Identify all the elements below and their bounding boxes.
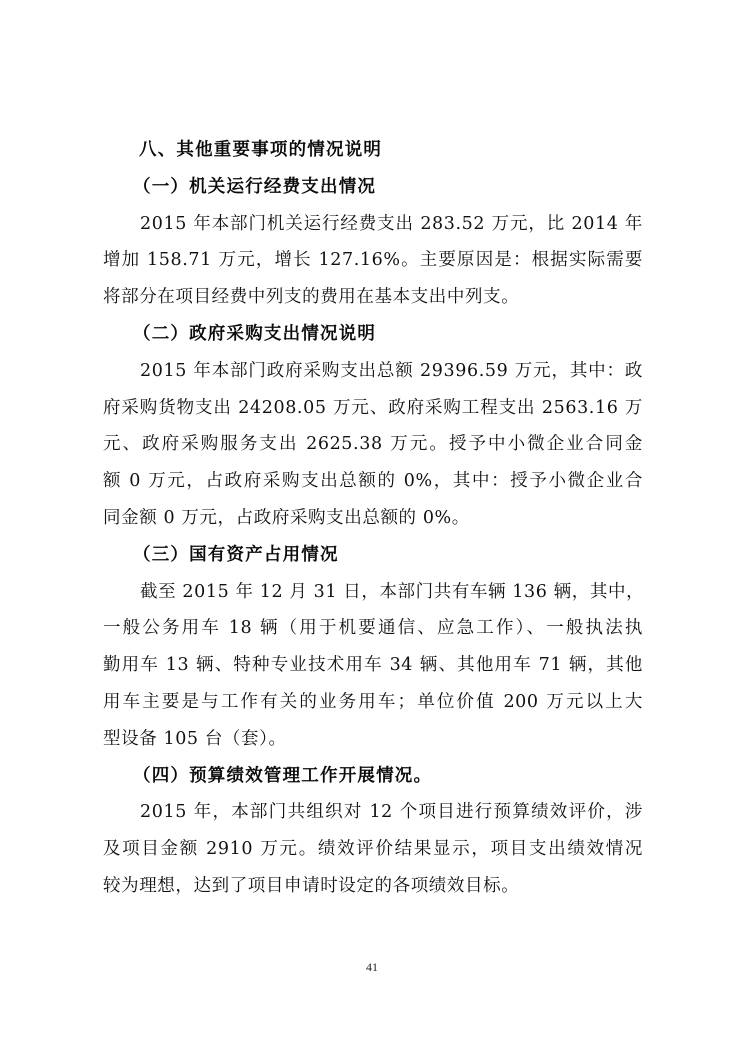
paragraph-line: 勤用车 13 辆、特种专业技术用车 34 辆、其他用车 71 辆，其他 bbox=[103, 647, 643, 684]
paragraph-line: 将部分在项目经费中列支的费用在基本支出中列支。 bbox=[103, 279, 643, 316]
subsection-heading-3: （三）国有资产占用情况 bbox=[103, 537, 643, 574]
paragraph-line: 一般公务用车 18 辆（用于机要通信、应急工作）、一般执法执 bbox=[103, 610, 643, 647]
paragraph-line: 元、政府采购服务支出 2625.38 万元。授予中小微企业合同金 bbox=[103, 426, 643, 463]
document-body: 八、其他重要事项的情况说明 （一）机关运行经费支出情况 2015 年本部门机关运… bbox=[103, 132, 643, 905]
subsection-heading-2: （二）政府采购支出情况说明 bbox=[103, 316, 643, 353]
subsection-heading-1: （一）机关运行经费支出情况 bbox=[103, 169, 643, 206]
paragraph-line: 及项目金额 2910 万元。绩效评价结果显示，项目支出绩效情况 bbox=[103, 831, 643, 868]
paragraph-line: 2015 年本部门政府采购支出总额 29396.59 万元，其中：政 bbox=[103, 353, 643, 390]
section-title: 八、其他重要事项的情况说明 bbox=[103, 132, 643, 169]
paragraph-line: 府采购货物支出 24208.05 万元、政府采购工程支出 2563.16 万 bbox=[103, 390, 643, 427]
paragraph-line: 2015 年，本部门共组织对 12 个项目进行预算绩效评价，涉 bbox=[103, 794, 643, 831]
page-number: 41 bbox=[0, 960, 744, 975]
paragraph-line: 额 0 万元，占政府采购支出总额的 0%，其中：授予小微企业合 bbox=[103, 463, 643, 500]
paragraph-line: 型设备 105 台（套）。 bbox=[103, 721, 643, 758]
paragraph-line: 2015 年本部门机关运行经费支出 283.52 万元，比 2014 年 bbox=[103, 206, 643, 243]
paragraph-line: 同金额 0 万元，占政府采购支出总额的 0%。 bbox=[103, 500, 643, 537]
paragraph-line: 用车主要是与工作有关的业务用车；单位价值 200 万元以上大 bbox=[103, 684, 643, 721]
subsection-heading-4: （四）预算绩效管理工作开展情况。 bbox=[103, 758, 643, 795]
paragraph-line: 增加 158.71 万元，增长 127.16%。主要原因是：根据实际需要 bbox=[103, 242, 643, 279]
paragraph-line: 截至 2015 年 12 月 31 日，本部门共有车辆 136 辆，其中， bbox=[103, 574, 643, 611]
paragraph-line: 较为理想，达到了项目申请时设定的各项绩效目标。 bbox=[103, 868, 643, 905]
document-page: 八、其他重要事项的情况说明 （一）机关运行经费支出情况 2015 年本部门机关运… bbox=[0, 0, 744, 1052]
